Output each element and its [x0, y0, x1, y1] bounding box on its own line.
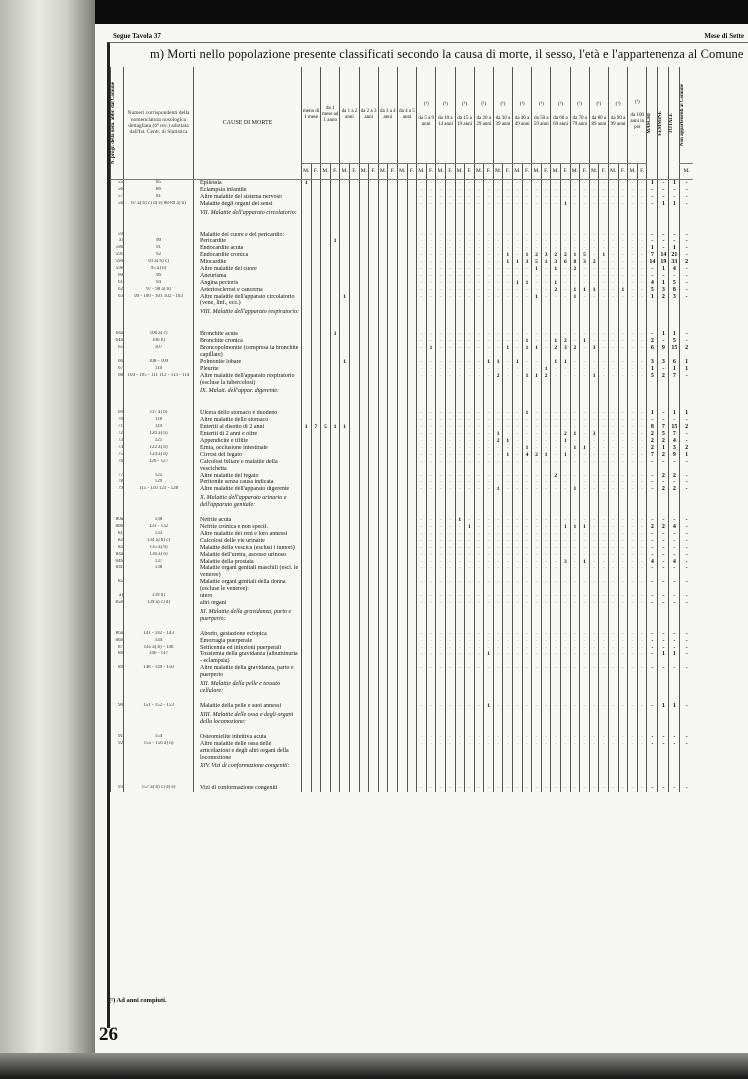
value-cell: -	[426, 703, 436, 710]
value-cell: 1	[522, 445, 532, 452]
cause-cell: Malattie della vescica (esclusi i tumori…	[194, 545, 302, 552]
page-number: 26	[99, 1024, 118, 1046]
value-cell	[388, 651, 398, 665]
empty-cell	[503, 710, 513, 734]
empty-cell	[551, 679, 561, 703]
value-cell: -	[503, 473, 513, 480]
value-cell: -	[436, 287, 446, 294]
value-cell	[407, 232, 417, 239]
empty-cell	[513, 307, 523, 331]
empty-cell	[589, 386, 599, 410]
value-cell: -	[474, 238, 484, 245]
value-cell: -	[561, 552, 571, 559]
value-cell	[349, 359, 359, 366]
value-cell: -	[455, 651, 465, 665]
maschi-cell: 2	[647, 431, 658, 438]
value-cell: -	[580, 280, 590, 287]
value-cell: -	[628, 331, 638, 338]
empty-cell	[618, 208, 628, 232]
value-cell: -	[513, 631, 523, 638]
value-cell: -	[426, 373, 436, 387]
value-cell	[359, 359, 369, 366]
value-cell: -	[474, 245, 484, 252]
value-cell	[302, 579, 312, 593]
value-cell	[369, 531, 379, 538]
value-cell: -	[541, 785, 551, 792]
empty-cell	[388, 493, 398, 517]
totale-cell: -	[669, 631, 680, 638]
value-cell: -	[513, 741, 523, 762]
value-cell: -	[474, 366, 484, 373]
cause-cell: Vizi di conformazione congeniti	[194, 785, 302, 792]
value-cell	[359, 565, 369, 579]
section-heading-row: X. Malattie dell'apparato urinario e del…	[111, 493, 693, 517]
value-cell: -	[599, 524, 609, 531]
value-cell: -	[609, 338, 619, 345]
value-cell	[369, 438, 379, 445]
value-cell	[388, 194, 398, 201]
value-cell: 1	[522, 280, 532, 287]
maschi-cell: -	[647, 638, 658, 645]
value-cell	[311, 552, 321, 559]
value-cell	[330, 438, 340, 445]
cause-cell: Eclampsia infantile	[194, 187, 302, 194]
value-cell	[388, 538, 398, 545]
value-cell	[330, 417, 340, 424]
value-cell: -	[618, 331, 628, 338]
empty-cell	[349, 386, 359, 410]
empty-cell	[455, 493, 465, 517]
value-cell: 2	[570, 266, 580, 273]
value-cell: -	[628, 417, 638, 424]
empty-cell	[426, 710, 436, 734]
maschi-cell: -	[647, 665, 658, 679]
value-cell	[359, 593, 369, 600]
value-cell	[397, 552, 407, 559]
non-appartenenti-cell: 1	[680, 410, 693, 417]
value-cell: 1	[599, 252, 609, 259]
empty-cell	[445, 307, 455, 331]
value-cell: -	[513, 452, 523, 459]
non-appartenenti-cell: -	[680, 579, 693, 593]
value-cell: -	[455, 373, 465, 387]
value-cell	[388, 431, 398, 438]
value-cell	[388, 517, 398, 524]
value-cell	[340, 638, 350, 645]
femmine-cell: 2	[658, 294, 669, 308]
value-cell: -	[417, 232, 427, 239]
value-cell: -	[445, 559, 455, 566]
value-cell: -	[455, 785, 465, 792]
value-cell: -	[609, 452, 619, 459]
value-cell: -	[589, 651, 599, 665]
value-cell: -	[455, 665, 465, 679]
value-cell	[349, 373, 359, 387]
value-cell: -	[484, 517, 494, 524]
value-cell: -	[445, 359, 455, 366]
value-cell: -	[513, 373, 523, 387]
value-cell: -	[426, 252, 436, 259]
value-cell: -	[580, 431, 590, 438]
value-cell	[407, 345, 417, 359]
value-cell	[330, 517, 340, 524]
maschi-cell: -	[647, 785, 658, 792]
progressive-cell: 93	[111, 785, 124, 792]
value-cell: 7	[311, 424, 321, 431]
value-cell: -	[561, 631, 571, 638]
empty-cell	[455, 679, 465, 703]
value-cell	[321, 645, 331, 652]
value-cell	[378, 232, 388, 239]
value-cell	[407, 194, 417, 201]
value-cell: -	[436, 734, 446, 741]
value-cell: -	[599, 645, 609, 652]
value-cell	[407, 366, 417, 373]
value-cell	[397, 486, 407, 493]
totale-cell: 1	[669, 331, 680, 338]
value-cell: -	[426, 524, 436, 531]
totale-cell: -	[669, 273, 680, 280]
value-cell: -	[589, 410, 599, 417]
value-cell: -	[484, 238, 494, 245]
empty-cell	[321, 386, 331, 410]
femmine-cell: 3	[658, 287, 669, 294]
empty-cell	[445, 710, 455, 734]
value-cell: -	[541, 524, 551, 531]
value-cell: -	[503, 741, 513, 762]
nomenclature-cell: 141 - 142 - 143	[124, 631, 194, 638]
maschi-cell: -	[647, 473, 658, 480]
value-cell: -	[445, 593, 455, 600]
value-cell: -	[436, 266, 446, 273]
femmine-cell: -	[658, 552, 669, 559]
value-cell	[359, 459, 369, 473]
value-cell: -	[513, 445, 523, 452]
value-cell: -	[532, 524, 542, 531]
empty-cell	[407, 307, 417, 331]
empty-cell	[417, 307, 427, 331]
value-cell: -	[493, 187, 503, 194]
totale-cell: -	[669, 417, 680, 424]
value-cell: -	[417, 517, 427, 524]
value-cell: -	[580, 417, 590, 424]
value-cell	[321, 366, 331, 373]
value-cell: -	[455, 259, 465, 266]
value-cell: -	[417, 459, 427, 473]
value-cell: -	[609, 703, 619, 710]
value-cell: -	[474, 565, 484, 579]
cause-cell: Malattie organi genitali della donna (es…	[194, 579, 302, 593]
empty-cell	[484, 493, 494, 517]
empty-cell	[561, 386, 571, 410]
empty-cell	[522, 386, 532, 410]
value-cell: -	[580, 345, 590, 359]
value-cell	[397, 431, 407, 438]
value-cell	[388, 438, 398, 445]
value-cell: -	[570, 665, 580, 679]
value-cell	[369, 366, 379, 373]
femmine-cell: 2	[658, 438, 669, 445]
value-cell: -	[493, 473, 503, 480]
value-cell: -	[513, 331, 523, 338]
value-cell	[359, 538, 369, 545]
empty-cell	[680, 710, 693, 734]
value-cell: -	[455, 486, 465, 493]
value-cell	[349, 438, 359, 445]
nomenclature-cell: 118	[124, 417, 194, 424]
value-cell: -	[599, 359, 609, 366]
value-cell: -	[541, 287, 551, 294]
value-cell	[359, 194, 369, 201]
value-cell: -	[532, 645, 542, 652]
value-cell: -	[628, 638, 638, 645]
section-heading: VII. Malattie dell'apparato circolatorio…	[194, 208, 302, 232]
value-cell: -	[455, 232, 465, 239]
empty-cell	[359, 679, 369, 703]
value-cell: -	[618, 273, 628, 280]
value-cell: -	[436, 201, 446, 208]
value-cell	[378, 266, 388, 273]
value-cell: -	[426, 579, 436, 593]
sex-m-header: M.	[340, 164, 350, 180]
value-cell: -	[541, 651, 551, 665]
value-cell: -	[465, 366, 475, 373]
progressive-cell: 71	[111, 424, 124, 431]
empty-cell	[551, 761, 561, 785]
value-cell: 1	[561, 438, 571, 445]
value-cell: -	[609, 280, 619, 287]
progressive-cell	[111, 710, 124, 734]
value-cell: -	[609, 445, 619, 452]
value-cell: -	[580, 266, 590, 273]
value-cell: -	[493, 565, 503, 579]
value-cell	[321, 410, 331, 417]
empty-cell	[669, 679, 680, 703]
value-cell	[378, 486, 388, 493]
empty-cell	[417, 493, 427, 517]
cause-cell: Osteomielite infettiva acuta	[194, 734, 302, 741]
value-cell	[330, 201, 340, 208]
femmine-cell: -	[658, 338, 669, 345]
section-heading: XIII. Malattie delle ossa e degli organi…	[194, 710, 302, 734]
value-cell	[340, 785, 350, 792]
value-cell: -	[589, 538, 599, 545]
value-cell	[330, 273, 340, 280]
value-cell: -	[599, 486, 609, 493]
value-cell	[321, 294, 331, 308]
value-cell: -	[503, 201, 513, 208]
value-cell: -	[436, 331, 446, 338]
value-cell: -	[599, 201, 609, 208]
value-cell: -	[609, 232, 619, 239]
value-cell: -	[599, 180, 609, 187]
value-cell	[340, 431, 350, 438]
value-cell: -	[445, 232, 455, 239]
nomenclature-cell	[124, 208, 194, 232]
empty-cell	[417, 607, 427, 631]
value-cell: -	[417, 294, 427, 308]
empty-cell	[407, 493, 417, 517]
empty-cell	[465, 208, 475, 232]
nomenclature-cell: 155 - 156 a) b)	[124, 741, 194, 762]
value-cell: -	[580, 651, 590, 665]
value-cell: -	[589, 417, 599, 424]
value-cell	[369, 524, 379, 531]
value-cell	[302, 287, 312, 294]
empty-cell	[302, 208, 312, 232]
value-cell: -	[532, 201, 542, 208]
non-appartenenti-cell: -	[680, 517, 693, 524]
nomenclature-cell: 126 - 127	[124, 459, 194, 473]
sex-m-header: M.	[589, 164, 599, 180]
cause-cell: Malattie del cuore e del pericardio:	[194, 232, 302, 239]
table-frame: m) Morti nello popolazione presente clas…	[107, 42, 748, 1028]
value-cell: -	[589, 245, 599, 252]
empty-cell	[532, 710, 542, 734]
empty-cell	[436, 679, 446, 703]
value-cell: -	[484, 524, 494, 531]
section-heading-row: XIV. Vizi di conformazione congeniti:	[111, 761, 693, 785]
value-cell: -	[426, 638, 436, 645]
value-cell: -	[599, 593, 609, 600]
maschi-cell: -	[647, 194, 658, 201]
value-cell: -	[417, 266, 427, 273]
value-cell	[407, 459, 417, 473]
value-cell: -	[493, 180, 503, 187]
value-cell: -	[628, 524, 638, 531]
value-cell: -	[637, 201, 647, 208]
value-cell: -	[561, 459, 571, 473]
value-cell: -	[474, 232, 484, 239]
age-group-label: da 70 a 79 anni	[571, 116, 589, 128]
value-cell: -	[541, 486, 551, 493]
value-cell: -	[561, 600, 571, 607]
value-cell: -	[455, 287, 465, 294]
value-cell	[407, 273, 417, 280]
value-cell: -	[580, 545, 590, 552]
nomenclature-cell: 104 - 105 - 111 112 - 113 - 114	[124, 373, 194, 387]
value-cell	[340, 201, 350, 208]
value-cell: -	[455, 266, 465, 273]
value-cell: -	[609, 524, 619, 531]
value-cell	[330, 459, 340, 473]
progressive-cell: 55	[111, 180, 124, 187]
value-cell: -	[589, 180, 599, 187]
value-cell	[349, 565, 359, 579]
value-cell	[359, 734, 369, 741]
empty-cell	[311, 761, 321, 785]
value-cell	[397, 473, 407, 480]
value-cell	[369, 287, 379, 294]
value-cell: -	[551, 638, 561, 645]
empty-cell	[493, 679, 503, 703]
section-heading: XIV. Vizi di conformazione congeniti:	[194, 761, 302, 785]
value-cell: -	[551, 410, 561, 417]
empty-cell	[541, 710, 551, 734]
value-cell: -	[561, 579, 571, 593]
value-cell	[388, 645, 398, 652]
value-cell	[330, 445, 340, 452]
value-cell: -	[522, 273, 532, 280]
footnote-mark: (¹)	[590, 102, 608, 108]
femmine-cell: -	[658, 565, 669, 579]
empty-cell	[484, 307, 494, 331]
value-cell: -	[493, 194, 503, 201]
empty-cell	[580, 208, 590, 232]
empty-cell	[618, 493, 628, 517]
age-group-label: da 50 a 59 anni	[532, 116, 550, 128]
age-group-header: da 1 mese ad 1 anno	[321, 67, 340, 164]
age-group-header: (¹)da 100 anni in poi	[628, 67, 647, 164]
value-cell	[311, 417, 321, 424]
non-appartenenti-cell: -	[680, 373, 693, 387]
value-cell	[311, 665, 321, 679]
femmine-cell: -	[658, 366, 669, 373]
empty-cell	[669, 607, 680, 631]
value-cell: -	[541, 424, 551, 431]
value-cell: -	[618, 180, 628, 187]
value-cell: -	[474, 445, 484, 452]
value-cell: -	[618, 545, 628, 552]
value-cell: -	[561, 734, 571, 741]
value-cell	[407, 638, 417, 645]
nomenclature-header: Numeri corrispondenti della nomenclatura…	[124, 67, 194, 180]
value-cell	[397, 452, 407, 459]
value-cell: 1	[465, 524, 475, 531]
table-row: 74122 a) b)Ernia, occlusione intestinale…	[111, 445, 693, 452]
empty-cell	[388, 679, 398, 703]
empty-cell	[340, 208, 350, 232]
value-cell	[388, 445, 398, 452]
value-cell: -	[493, 741, 503, 762]
value-cell: -	[618, 631, 628, 638]
value-cell: -	[513, 473, 523, 480]
value-cell	[302, 238, 312, 245]
value-cell	[397, 273, 407, 280]
value-cell	[378, 238, 388, 245]
value-cell: -	[465, 232, 475, 239]
value-cell	[349, 600, 359, 607]
value-cell: -	[445, 473, 455, 480]
value-cell: -	[609, 593, 619, 600]
value-cell	[369, 593, 379, 600]
value-cell: -	[493, 338, 503, 345]
value-cell: -	[551, 545, 561, 552]
value-cell: 1	[570, 252, 580, 259]
value-cell	[349, 486, 359, 493]
empty-cell	[599, 679, 609, 703]
femmine-cell: -	[658, 194, 669, 201]
value-cell	[369, 452, 379, 459]
value-cell: -	[551, 294, 561, 308]
value-cell	[359, 638, 369, 645]
value-cell	[359, 273, 369, 280]
value-cell: -	[474, 259, 484, 266]
value-cell: -	[445, 452, 455, 459]
value-cell: -	[637, 194, 647, 201]
value-cell	[321, 486, 331, 493]
value-cell	[378, 538, 388, 545]
value-cell	[302, 359, 312, 366]
value-cell: 8	[570, 259, 580, 266]
non-appartenenti-cell: -	[680, 245, 693, 252]
value-cell: -	[436, 645, 446, 652]
value-cell: -	[417, 331, 427, 338]
value-cell: -	[580, 785, 590, 792]
value-cell: -	[513, 273, 523, 280]
value-cell: -	[541, 445, 551, 452]
value-cell: -	[503, 280, 513, 287]
